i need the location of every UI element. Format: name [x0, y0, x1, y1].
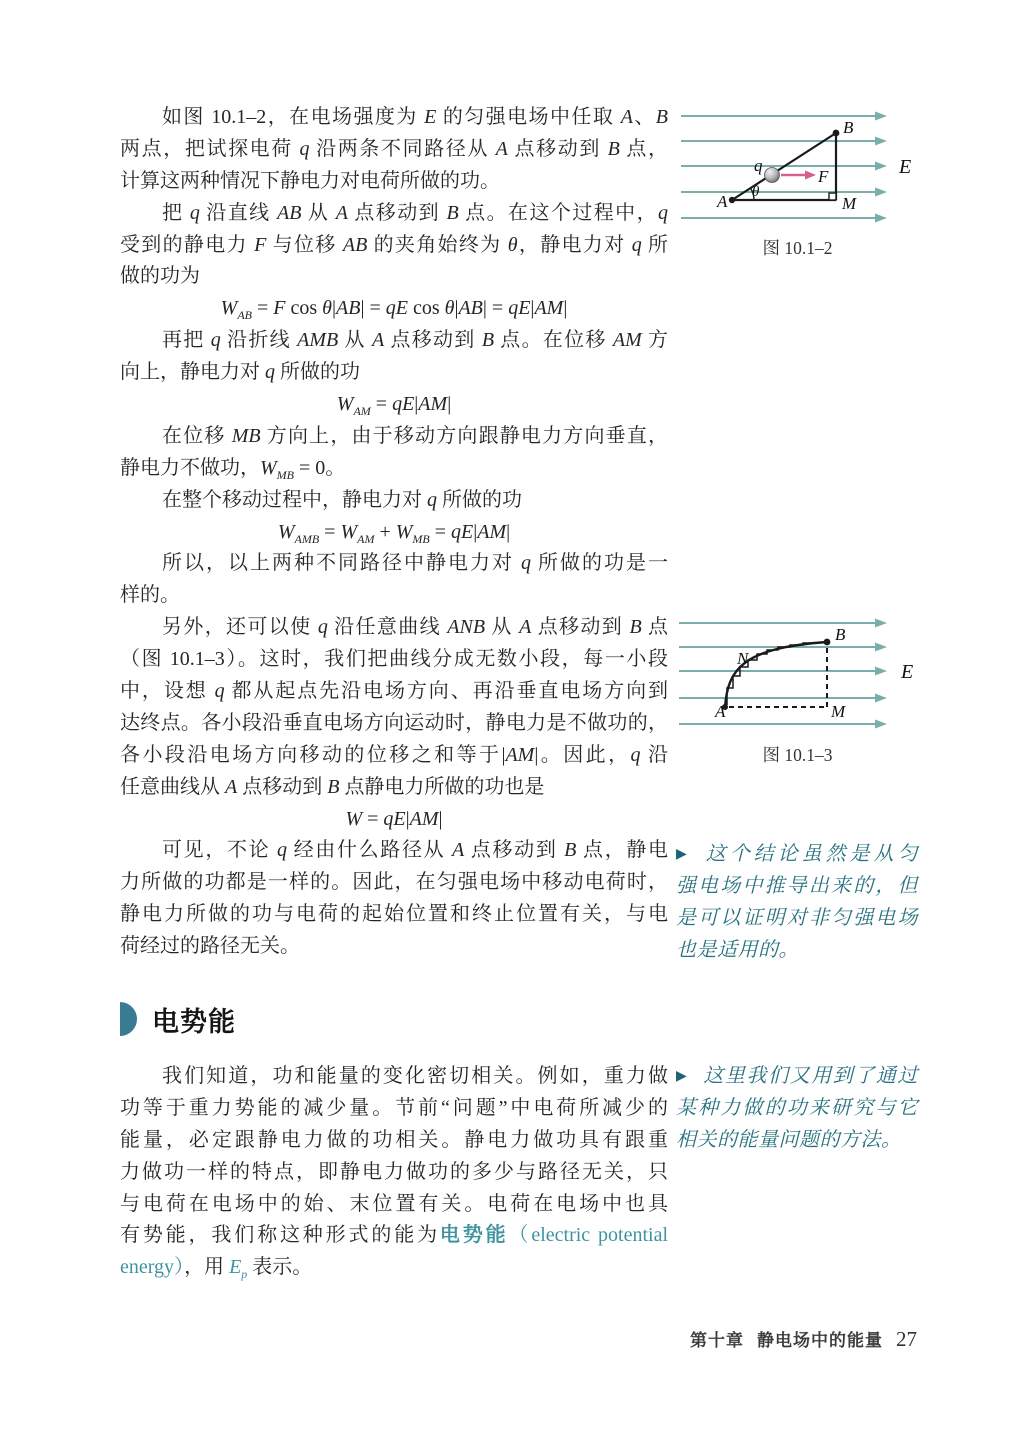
text-line: 向上，静电力对 q 所做的功	[120, 357, 668, 389]
formula-wam: WAM = qE|AM|	[120, 389, 668, 421]
page-footer: 第十章 静电场中的能量 27	[690, 1326, 917, 1352]
point-B-dot	[824, 639, 831, 646]
text-line: 可见，不论 q 经由什么路径从 A 点移动到 B 点，静电	[120, 835, 668, 867]
figure-caption: 图 10.1–3	[675, 744, 920, 766]
note-line: ▶这个结论虽然是从匀	[676, 839, 918, 871]
margin-note-2: ▶这里我们又用到了通过 某种力做的功来研究与它 相关的能量问题的方法。	[676, 1061, 918, 1157]
text-line: 把 q 沿直线 AB 从 A 点移动到 B 点。在这个过程中，q	[120, 198, 668, 230]
figure-10-1-3: E A B M N	[675, 610, 920, 740]
text-line: 各小段沿电场方向移动的位移之和等于|AM|。因此，q 沿	[120, 740, 668, 772]
margin-note-1: ▶这个结论虽然是从匀 强电场中推导出来的，但 是可以证明对非匀强电场 也是适用的…	[676, 839, 918, 967]
section-marker-icon	[120, 1002, 138, 1036]
label-q: q	[754, 156, 763, 175]
point-B-dot	[833, 130, 840, 137]
formula-w: W = qE|AM|	[120, 804, 668, 836]
note-line: 某种力做的功来研究与它	[676, 1093, 918, 1125]
main-text-block-2: 我们知道，功和能量的变化密切相关。例如，重力做 功等于重力势能的减少量。节前“问…	[120, 1061, 668, 1284]
point-A-dot	[729, 197, 735, 203]
text-line: 计算这两种情况下静电力对电荷所做的功。	[120, 166, 668, 198]
text-line: （图 10.1–3）。这时，我们把曲线分成无数小段，每一小段	[120, 644, 668, 676]
label-F: F	[817, 167, 829, 186]
text-line: 达终点。各小段沿垂直电场方向运动时，静电力是不做功的，	[120, 708, 668, 740]
section-heading: 电势能	[120, 999, 520, 1039]
note-line: 是可以证明对非匀强电场	[676, 903, 918, 935]
text-line: 在整个移动过程中，静电力对 q 所做的功	[120, 485, 668, 517]
text-line: 受到的静电力 F 与位移 AB 的夹角始终为 θ，静电力对 q 所	[120, 230, 668, 262]
note-line: 也是适用的。	[676, 935, 918, 967]
section-title: 电势能	[152, 1000, 236, 1039]
text-line: 所以，以上两种不同路径中静电力对 q 所做的功是一	[120, 548, 668, 580]
text-line: 做的功为	[120, 261, 668, 293]
charge-ball	[765, 168, 780, 183]
note-line: 强电场中推导出来的，但	[676, 871, 918, 903]
text-line: 荷经过的路径无关。	[120, 931, 668, 963]
note-line: 相关的能量问题的方法。	[676, 1125, 918, 1157]
label-B: B	[835, 625, 846, 644]
force-arrowhead	[805, 171, 816, 180]
main-text-block-1: 如图 10.1–2，在电场强度为 E 的匀强电场中任取 A、B 两点，把试探电荷…	[120, 102, 668, 963]
text-line: 静电力所做的功与电荷的起始位置和终止位置有关，与电	[120, 899, 668, 931]
text-line: 中，设想 q 都从起点先沿电场方向、再沿垂直电场方向到	[120, 676, 668, 708]
field-label-E: E	[900, 661, 913, 683]
field-arrowheads	[875, 112, 887, 223]
text-line: 力所做的功都是一样的。因此，在匀强电场中移动电荷时，	[120, 867, 668, 899]
text-line: 功等于重力势能的减少量。节前“问题”中电荷所减少的	[120, 1093, 668, 1125]
text-line: 有势能，我们称这种形式的能为电势能（electric potential	[120, 1220, 668, 1252]
formula-wamb: WAMB = WAM + WMB = qE|AM|	[120, 517, 668, 549]
text-line: 我们知道，功和能量的变化密切相关。例如，重力做	[120, 1061, 668, 1093]
field-lines	[679, 623, 875, 724]
label-B: B	[843, 118, 854, 137]
text-line: 再把 q 沿折线 AMB 从 A 点移动到 B 点。在位移 AM 方	[120, 325, 668, 357]
text-line: 静电力不做功，WMB = 0。	[120, 453, 668, 485]
formula-wab: WAB = F cos θ|AB| = qE cos θ|AB| = qE|AM…	[120, 293, 668, 325]
label-M: M	[841, 194, 857, 213]
field-label-E: E	[898, 156, 911, 178]
right-angle-mark	[829, 193, 836, 200]
label-M: M	[830, 702, 846, 721]
footer-book-title: 静电场中的能量	[757, 1326, 883, 1351]
text-line: 如图 10.1–2，在电场强度为 E 的匀强电场中任取 A、B	[120, 102, 668, 134]
text-line: energy），用 Ep 表示。	[120, 1252, 668, 1284]
text-line: 力做功一样的特点，即静电力做功的多少与路径无关，只	[120, 1157, 668, 1189]
text-line: 两点，把试探电荷 q 沿两条不同路径从 A 点移动到 B 点，	[120, 134, 668, 166]
text-line: 与电荷在电场中的始、末位置有关。电荷在电场中也具	[120, 1189, 668, 1221]
figure-caption: 图 10.1–2	[675, 237, 920, 259]
field-arrowheads	[875, 619, 887, 729]
text-line: 任意曲线从 A 点移动到 B 点静电力所做的功也是	[120, 772, 668, 804]
footer-chapter: 第十章	[690, 1326, 744, 1351]
text-line: 能量，必定跟静电力做的功相关。静电力做功具有跟重	[120, 1125, 668, 1157]
label-A: A	[714, 702, 726, 721]
label-theta: θ	[752, 184, 760, 200]
label-N: N	[736, 649, 750, 668]
page-number: 27	[896, 1327, 917, 1352]
figure-10-1-2: E q F A B M θ	[675, 103, 920, 233]
text-line: 另外，还可以使 q 沿任意曲线 ANB 从 A 点移动到 B 点	[120, 612, 668, 644]
text-line: 样的。	[120, 580, 668, 612]
label-A: A	[716, 192, 728, 211]
text-line: 在位移 MB 方向上，由于移动方向跟静电力方向垂直，	[120, 421, 668, 453]
note-line: ▶这里我们又用到了通过	[676, 1061, 918, 1093]
textbook-page: { "colors": { "accent_teal": "#3f93a0", …	[0, 0, 1020, 1431]
